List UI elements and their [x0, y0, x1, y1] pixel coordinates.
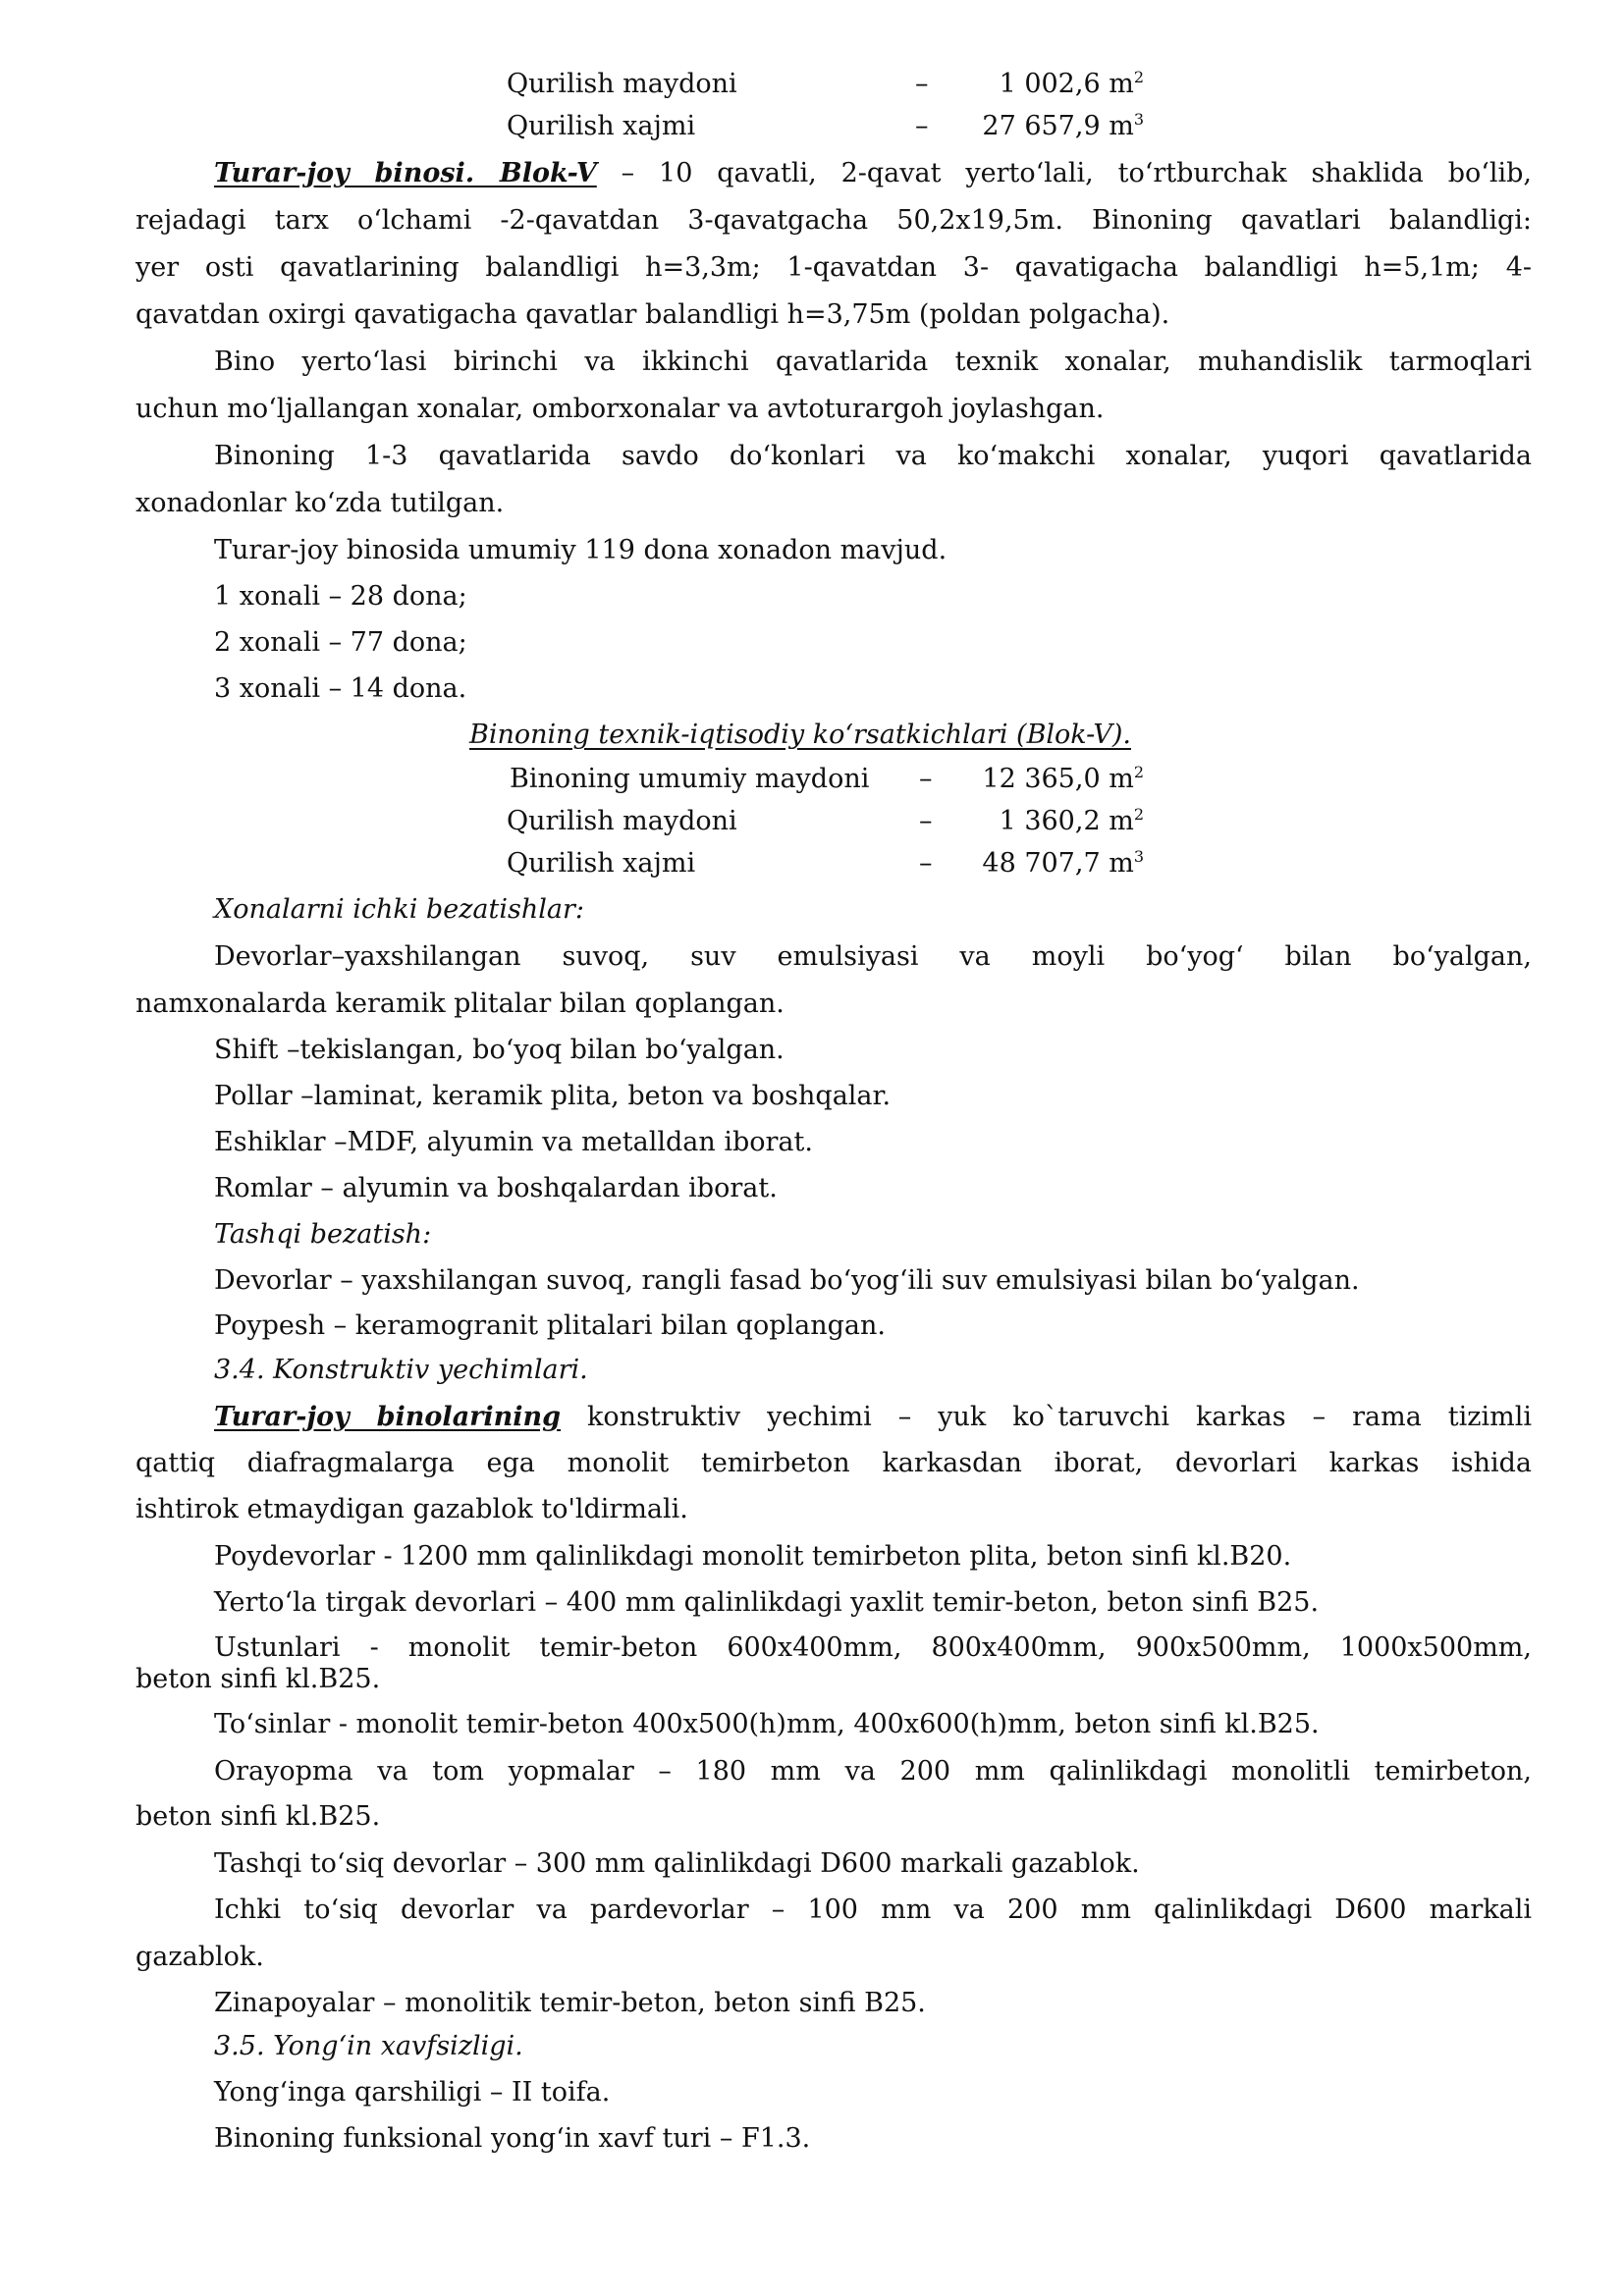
apartment-count-item: 2 xonali – 77 dona; [214, 626, 467, 660]
interior-heading: Xonalarni ichki bezatishlar: [214, 893, 584, 927]
stairs-text: Zinapoyalar – monolitik temir-beton, bet… [214, 1987, 926, 2020]
interior-walls-text-line: gazablok. [135, 1941, 264, 1974]
blokv-paragraph-line: Turar-joy binosi. Blok-V – 10 qavatli, 2… [214, 157, 1532, 190]
table2-row-label: Binoning umumiy maydoni [510, 763, 869, 796]
exterior-walls-text: Tashqi to‘siq devorlar – 300 mm qalinlik… [214, 1847, 1140, 1881]
interior-item: Pollar –laminat, keramik plita, beton va… [214, 1080, 891, 1113]
table2-row-value: 1 360,2 m2 [928, 805, 1144, 838]
structure-paragraph-line: qattiq diafragmalarga ega monolit temirb… [135, 1447, 1532, 1480]
table2-row-value: 48 707,7 m3 [928, 847, 1144, 881]
blokv-heading: Turar-joy binosi. Blok-V [214, 158, 597, 188]
exterior-heading: Tashqi bezatish: [214, 1218, 431, 1252]
basement-paragraph-line: Bino yerto‘lasi birinchi va ikkinchi qav… [214, 346, 1532, 379]
slabs-text-line: beton sinfi kl.B25. [135, 1800, 380, 1834]
slabs-text-line: Orayopma va tom yopmalar – 180 mm va 200… [214, 1755, 1532, 1789]
structure-paragraph-line: ishtirok etmaydigan gazablok to'ldirmali… [135, 1493, 688, 1526]
fire-hazard-class-text: Binoning funksional yong‘in xavf turi – … [214, 2122, 810, 2156]
apartments-total: Turar-joy binosida umumiy 119 dona xonad… [214, 534, 947, 567]
table1-row-value: 27 657,9 m3 [928, 110, 1144, 143]
columns-text-line: beton sinfi kl.B25. [135, 1663, 380, 1696]
table1-row-value: 1 002,6 m2 [928, 68, 1144, 101]
basement-paragraph-line: uchun mo‘ljallangan xonalar, omborxonala… [135, 393, 1104, 426]
foundations-text: Poydevorlar - 1200 mm qalinlikdagi monol… [214, 1540, 1291, 1574]
table1-row-dash: – [915, 110, 929, 143]
interior-item: Eshiklar –MDF, alyumin va metalldan ibor… [214, 1126, 813, 1159]
interior-item: Romlar – alyumin va boshqalardan iborat. [214, 1172, 778, 1205]
exterior-item: Poypesh – keramogranit plitalari bilan q… [214, 1309, 886, 1343]
structure-lead: Turar-joy binolarining [214, 1402, 561, 1432]
section-3-5-heading: 3.5. Yong‘in xavfsizligi. [214, 2030, 523, 2063]
columns-text-line: Ustunlari - monolit temir-beton 600x400m… [214, 1631, 1532, 1665]
table1-row-label: Qurilish maydoni [507, 68, 737, 101]
interior-walls-line: Devorlar–yaxshilangan suvoq, suv emulsiy… [214, 940, 1532, 974]
apartment-count-item: 3 xonali – 14 dona. [214, 672, 466, 706]
blokv-paragraph-line: qavatdan oxirgi qavatigacha qavatlar bal… [135, 298, 1169, 332]
fire-resistance-text: Yong‘inga qarshiligi – II toifa. [214, 2076, 610, 2109]
floors-paragraph-line: xonadonlar ko‘zda tutilgan. [135, 487, 504, 520]
table2-row-label: Qurilish maydoni [507, 805, 737, 838]
table1-row-label: Qurilish xajmi [507, 110, 695, 143]
section-3-4-heading: 3.4. Konstruktiv yechimlari. [214, 1354, 588, 1387]
apartment-count-item: 1 xonali – 28 dona; [214, 580, 467, 614]
interior-walls-line: namxonalarda keramik plitalar bilan qopl… [135, 988, 785, 1021]
table2-row-value: 12 365,0 m2 [928, 763, 1144, 796]
floors-paragraph-line: Binoning 1-3 qavatlarida savdo do‘konlar… [214, 440, 1532, 473]
beams-text: To‘sinlar - monolit temir-beton 400x500(… [214, 1708, 1320, 1741]
basement-walls-text: Yerto‘la tirgak devorlari – 400 mm qalin… [214, 1586, 1319, 1620]
blokv-paragraph-line: rejadagi tarx o‘lchami -2-qavatdan 3-qav… [135, 204, 1532, 238]
table2-title: Binoning texnik-iqtisodiy ko‘rsatkichlar… [469, 719, 1131, 752]
exterior-item: Devorlar – yaxshilangan suvoq, rangli fa… [214, 1264, 1360, 1298]
interior-walls-text-line: Ichki to‘siq devorlar va pardevorlar – 1… [214, 1894, 1532, 1927]
table1-row-dash: – [915, 68, 929, 101]
interior-item: Shift –tekislangan, bo‘yoq bilan bo‘yalg… [214, 1034, 785, 1067]
table2-row-label: Qurilish xajmi [507, 847, 695, 881]
blokv-paragraph-line: yer osti qavatlarining balandligi h=3,3m… [135, 251, 1532, 285]
structure-paragraph-line: Turar-joy binolarining konstruktiv yechi… [214, 1401, 1532, 1434]
